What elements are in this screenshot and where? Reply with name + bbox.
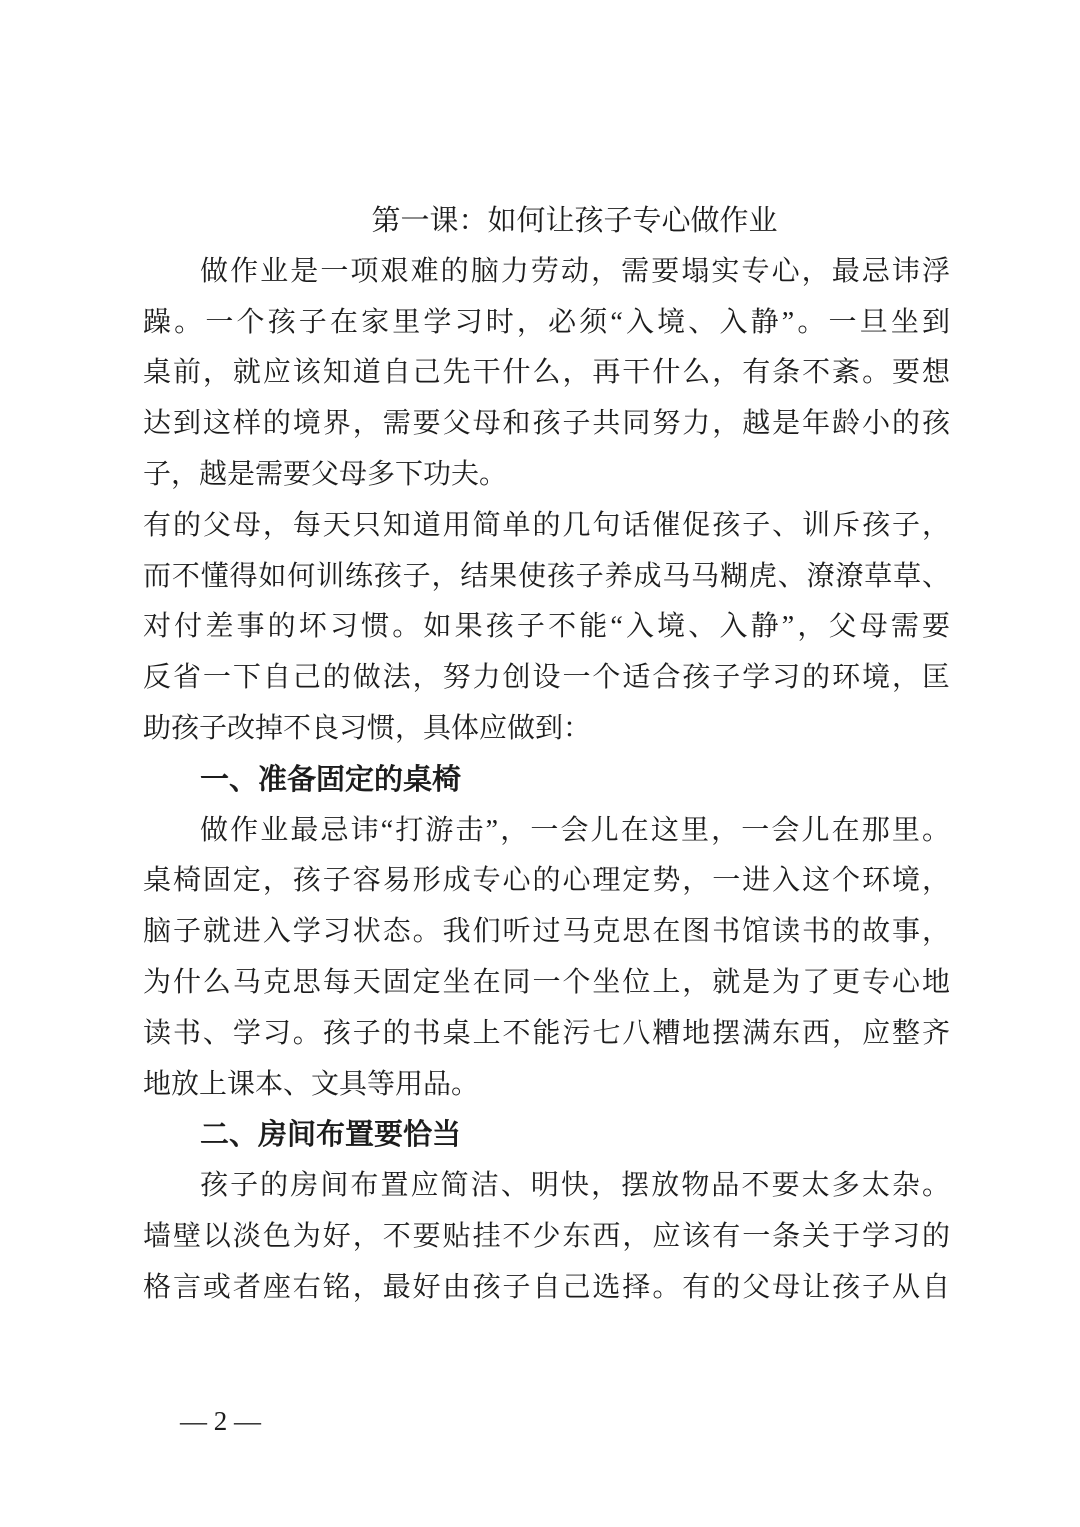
text-line: 格言或者座右铭，最好由孩子自己选择。有的父母让孩子从自 [143,1263,950,1314]
document-title: 第一课：如何让孩子专心做作业 [143,196,950,247]
document-page: 第一课：如何让孩子专心做作业做作业是一项艰难的脑力劳动，需要塌实专心，最忌讳浮躁… [0,0,1080,1527]
page-number: — 2 — [180,1398,261,1444]
text-line: 读书、学习。孩子的书桌上不能污七八糟地摆满东西，应整齐 [143,1009,950,1060]
text-line: 而不懂得如何训练孩子，结果使孩子养成马马糊虎、潦潦草草、 [143,552,950,603]
text-line: 子，越是需要父母多下功夫。 [143,450,950,501]
section-heading: 一、准备固定的桌椅 [143,755,950,806]
text-line: 脑子就进入学习状态。我们听过马克思在图书馆读书的故事， [143,907,950,958]
text-line: 墙壁以淡色为好，不要贴挂不少东西，应该有一条关于学习的 [143,1212,950,1263]
document-lines: 第一课：如何让孩子专心做作业做作业是一项艰难的脑力劳动，需要塌实专心，最忌讳浮躁… [143,196,950,1314]
text-line: 反省一下自己的做法，努力创设一个适合孩子学习的环境，匡 [143,653,950,704]
text-line: 对付差事的坏习惯。如果孩子不能“入境、入静”，父母需要 [143,602,950,653]
text-line: 桌前，就应该知道自己先干什么，再干什么，有条不紊。要想 [143,348,950,399]
text-line: 做作业最忌讳“打游击”，一会儿在这里，一会儿在那里。 [143,806,950,857]
text-line: 地放上课本、文具等用品。 [143,1060,950,1111]
text-line: 孩子的房间布置应简洁、明快，摆放物品不要太多太杂。 [143,1161,950,1212]
text-line: 有的父母，每天只知道用简单的几句话催促孩子、训斥孩子， [143,501,950,552]
text-line: 做作业是一项艰难的脑力劳动，需要塌实专心，最忌讳浮 [143,247,950,298]
text-line: 桌椅固定，孩子容易形成专心的心理定势，一进入这个环境， [143,856,950,907]
text-line: 躁。一个孩子在家里学习时，必须“入境、入静”。一旦坐到 [143,298,950,349]
text-line: 为什么马克思每天固定坐在同一个坐位上，就是为了更专心地 [143,958,950,1009]
text-line: 达到这样的境界，需要父母和孩子共同努力，越是年龄小的孩 [143,399,950,450]
text-line: 助孩子改掉不良习惯，具体应做到： [143,704,950,755]
section-heading: 二、房间布置要恰当 [143,1110,950,1161]
